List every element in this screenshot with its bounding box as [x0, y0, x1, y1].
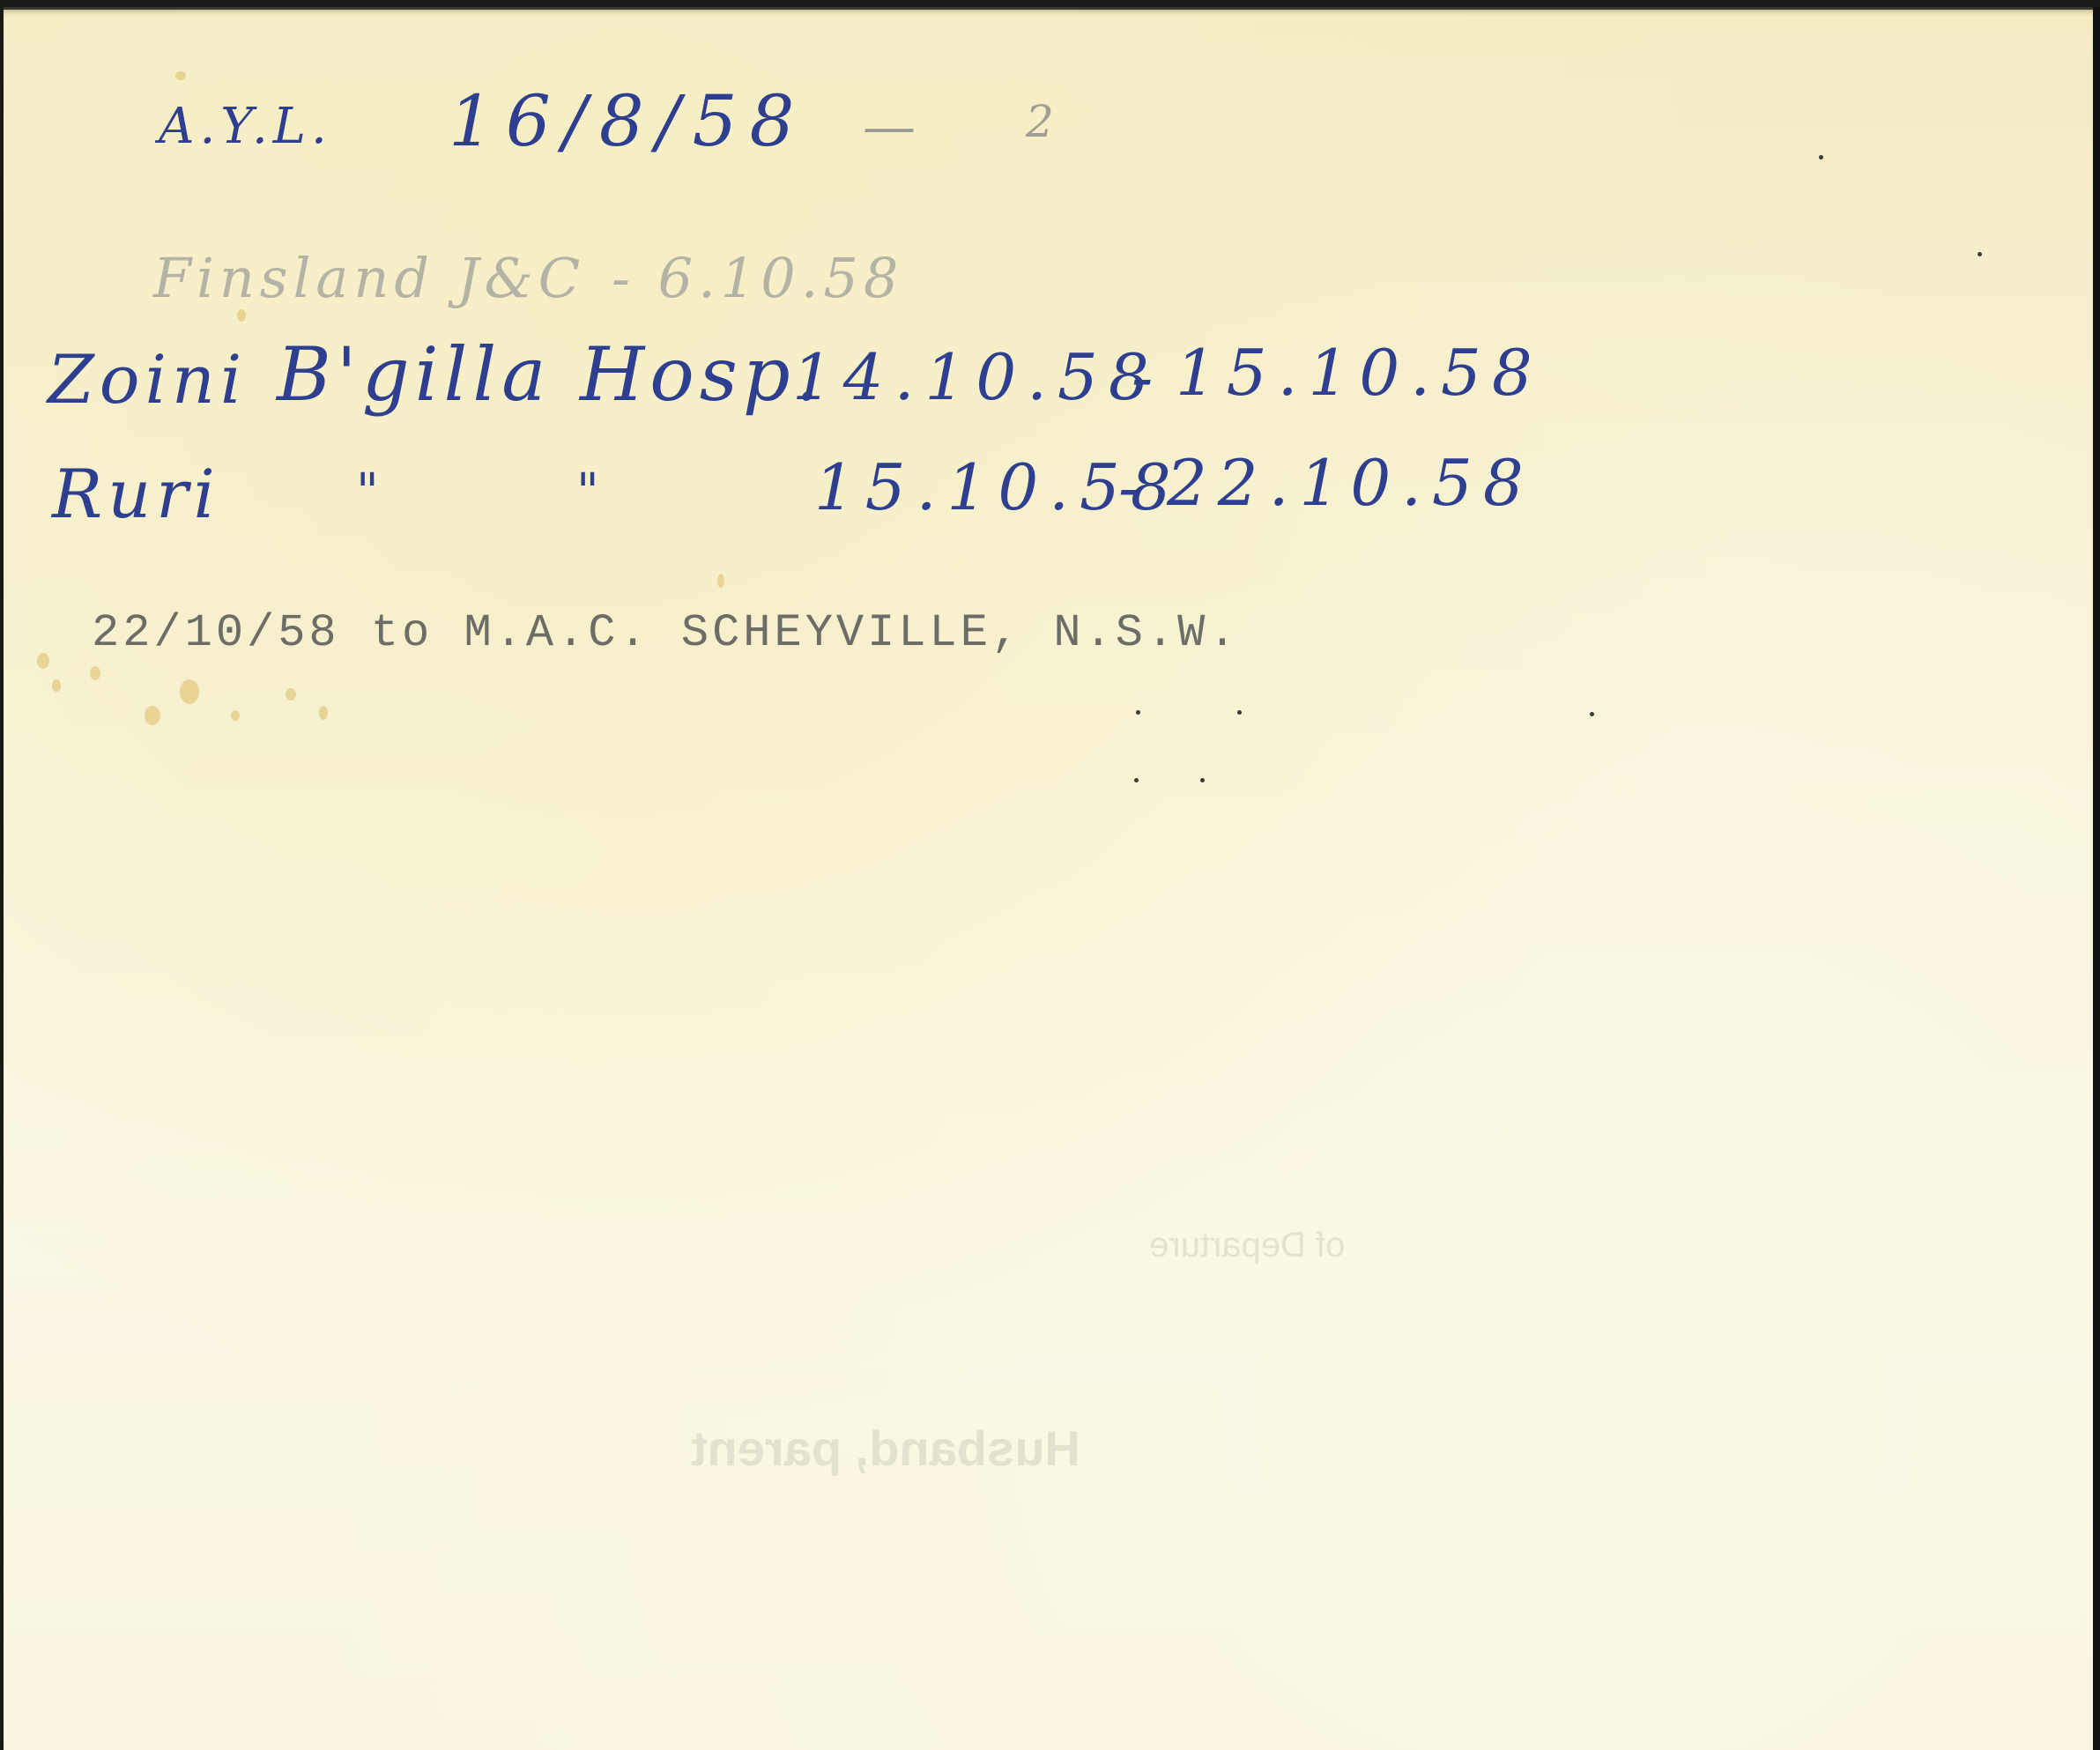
handwritten-label: Ruri — [52, 455, 220, 533]
handwritten-label: Zoini — [48, 340, 247, 419]
ditto-mark: " — [576, 463, 605, 521]
handwritten-place: B'gilla Hosp. — [277, 331, 824, 418]
pencil-date: - 6.10.58 — [612, 246, 903, 310]
speck — [1819, 155, 1823, 159]
handwritten-note: 2 — [1026, 96, 1059, 147]
stain — [180, 679, 199, 704]
show-through-text: of Departure — [1149, 1226, 1345, 1265]
speck — [1590, 712, 1594, 716]
handwritten-dash: — — [863, 96, 921, 158]
handwritten-from-date: 14.10.58 — [792, 340, 1160, 414]
stain — [231, 710, 240, 721]
handwritten-code: A.Y.L. — [159, 98, 332, 155]
card-edge — [2093, 7, 2100, 1750]
stain — [237, 309, 246, 322]
handwritten-to-date: 22.10.58 — [1167, 446, 1534, 520]
stain — [717, 574, 724, 588]
handwritten-date: 16/8/58 — [449, 80, 806, 162]
stain — [90, 666, 100, 680]
stain — [319, 706, 328, 720]
stain — [286, 688, 296, 701]
index-card: Husband, parent of Departure A.Y.L. 16/8… — [4, 7, 2093, 1750]
stain — [52, 679, 61, 692]
handwritten-dash: - — [1132, 340, 1158, 414]
speck — [1200, 778, 1205, 782]
pencil-note: Finsland J&C — [153, 246, 585, 310]
speck — [1978, 252, 1982, 256]
show-through-text: Husband, parent — [691, 1420, 1080, 1477]
handwritten-to-date: 15.10.58 — [1176, 336, 1543, 410]
stain — [175, 71, 186, 80]
speck — [1136, 710, 1140, 715]
handwritten-dash: - — [1118, 450, 1145, 524]
ditto-mark: " — [356, 463, 384, 521]
typed-transfer-line: 22/10/58 to M.A.C. SCHEYVILLE, N.S.W. — [92, 607, 1240, 659]
speck — [1237, 710, 1242, 715]
stain — [37, 653, 49, 669]
speck — [1134, 778, 1139, 782]
stain — [145, 706, 160, 725]
